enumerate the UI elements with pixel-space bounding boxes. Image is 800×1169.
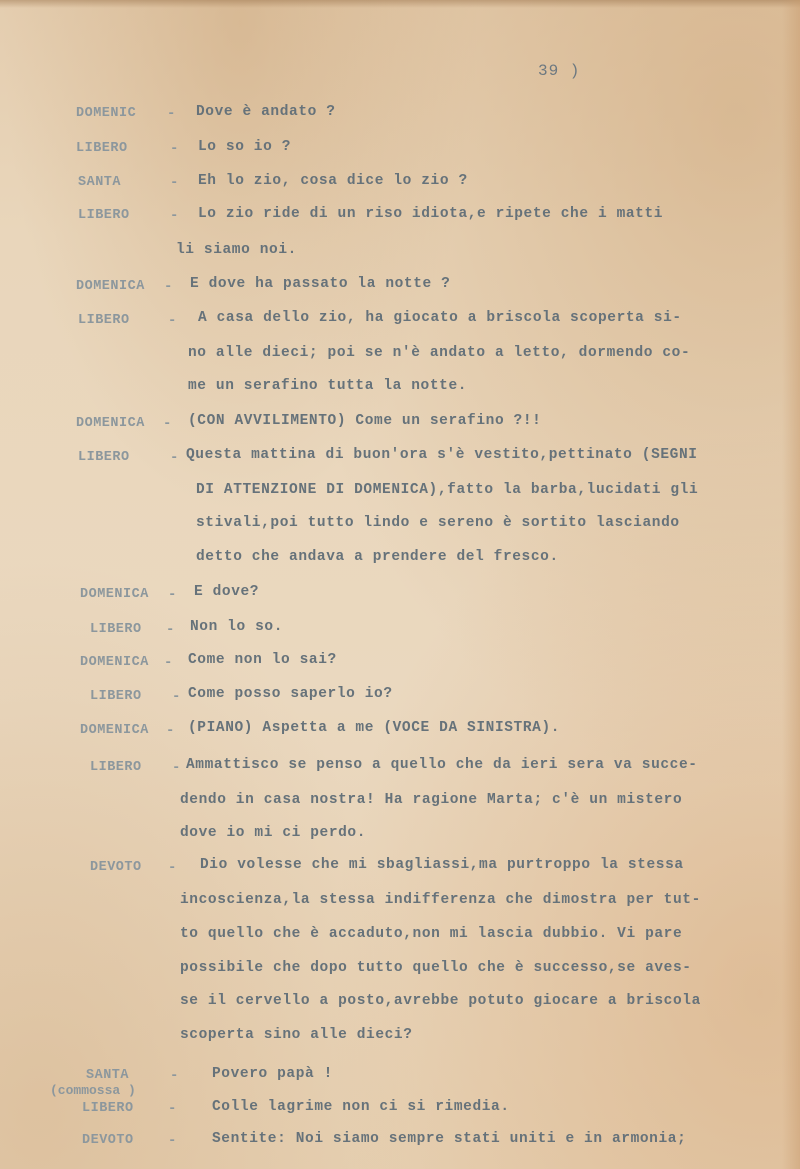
dialogue-dash: - [172,689,180,705]
dialogue-line: Dove è andato ? [196,104,336,120]
speaker-name: DOMENICA [80,723,149,738]
dialogue-dash: - [168,860,176,876]
dialogue-line: Ammattisco se penso a quello che da ieri… [186,757,698,773]
dialogue-dash: - [164,655,172,671]
speaker-name: SANTA [86,1068,129,1083]
dialogue-dash: - [170,141,178,157]
speaker-name: SANTA [78,175,121,190]
dialogue-line: incoscienza,la stessa indifferenza che d… [180,892,701,908]
dialogue-line: me un serafino tutta la notte. [188,378,467,394]
dialogue-line: no alle dieci; poi se n'è andato a letto… [188,345,690,361]
dialogue-line: Eh lo zio, cosa dice lo zio ? [198,173,468,189]
dialogue-dash: - [170,208,178,224]
speaker-name: LIBERO [78,450,130,465]
speaker-name: DOMENICA [80,587,149,602]
dialogue-dash: - [168,587,176,603]
speaker-name: LIBERO [90,689,142,704]
page-number: 39 ) [538,62,580,80]
dialogue-line: stivali,poi tutto lindo e sereno è sorti… [196,515,680,531]
dialogue-line: detto che andava a prendere del fresco. [196,549,559,565]
dialogue-line: possibile che dopo tutto quello che è su… [180,960,692,976]
dialogue-dash: - [168,313,176,329]
paper-top-edge [0,0,800,8]
speaker-name: DOMENICA [76,279,145,294]
speaker-name: LIBERO [90,760,142,775]
dialogue-dash: - [170,175,178,191]
stage-direction: (commossa ) [50,1083,136,1098]
dialogue-line: dendo in casa nostra! Ha ragione Marta; … [180,792,682,808]
dialogue-dash: - [172,760,180,776]
dialogue-line: Povero papà ! [212,1066,333,1082]
dialogue-line: dove io mi ci perdo. [180,825,366,841]
dialogue-line: Lo so io ? [198,139,291,155]
dialogue-line: Come posso saperlo io? [188,686,393,702]
dialogue-dash: - [168,1133,176,1149]
dialogue-line: (PIANO) Aspetta a me (VOCE DA SINISTRA). [188,720,560,736]
dialogue-line: Sentite: Noi siamo sempre stati uniti e … [212,1131,686,1147]
dialogue-dash: - [170,450,178,466]
dialogue-line: E dove ha passato la notte ? [190,276,450,292]
dialogue-line: DI ATTENZIONE DI DOMENICA),fatto la barb… [196,482,698,498]
speaker-name: LIBERO [82,1101,134,1116]
dialogue-line: Dio volesse che mi sbagliassi,ma purtrop… [200,857,684,873]
speaker-name: LIBERO [76,141,128,156]
dialogue-line: A casa dello zio, ha giocato a briscola … [198,310,682,326]
dialogue-line: E dove? [194,584,259,600]
dialogue-line: Non lo so. [190,619,283,635]
dialogue-line: Come non lo sai? [188,652,337,668]
dialogue-dash: - [166,723,174,739]
dialogue-line: to quello che è accaduto,non mi lascia d… [180,926,682,942]
speaker-name: LIBERO [90,622,142,637]
dialogue-dash: - [167,106,175,122]
dialogue-dash: - [163,416,171,432]
dialogue-dash: - [166,622,174,638]
dialogue-line: scoperta sino alle dieci? [180,1027,413,1043]
speaker-name: DEVOTO [90,860,142,875]
dialogue-line: (CON AVVILIMENTO) Come un serafino ?!! [188,413,541,429]
dialogue-line: Questa mattina di buon'ora s'è vestito,p… [186,447,698,463]
speaker-name: DOMENIC [76,106,136,121]
speaker-name: DEVOTO [82,1133,134,1148]
dialogue-line: Colle lagrime non ci si rimedia. [212,1099,510,1115]
speaker-name: DOMENICA [76,416,145,431]
paper-right-edge [782,0,800,1169]
dialogue-dash: - [168,1101,176,1117]
dialogue-dash: - [170,1068,178,1084]
speaker-name: LIBERO [78,313,130,328]
speaker-name: DOMENICA [80,655,149,670]
dialogue-line: li siamo noi. [176,242,297,258]
speaker-name: LIBERO [78,208,130,223]
dialogue-line: Lo zio ride di un riso idiota,e ripete c… [198,206,663,222]
dialogue-line: se il cervello a posto,avrebbe potuto gi… [180,993,701,1009]
dialogue-dash: - [164,279,172,295]
